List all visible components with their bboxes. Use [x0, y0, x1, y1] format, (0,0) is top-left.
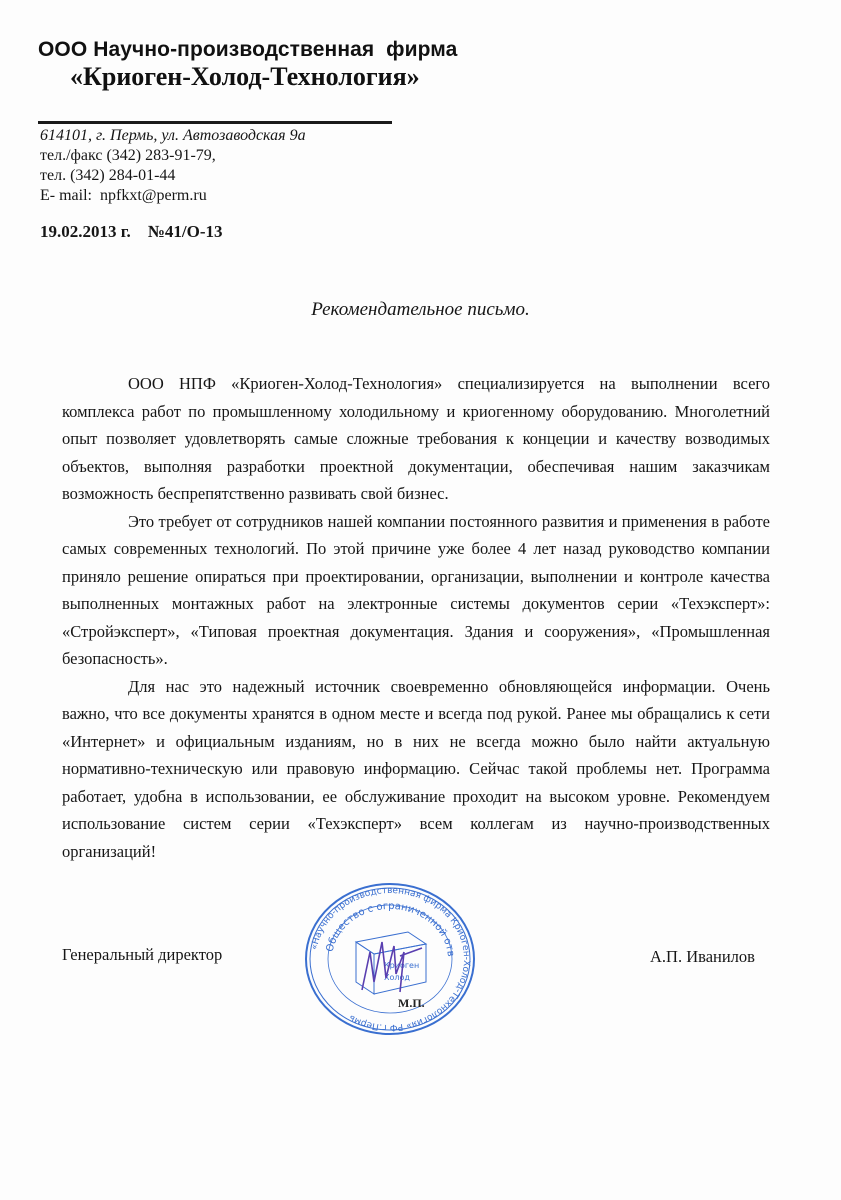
date-and-reference-number: 19.02.2013 г. №41/О-13 — [40, 222, 223, 242]
letter-title: Рекомендательное письмо. — [0, 299, 841, 321]
phone: тел. (342) 284-01-44 — [40, 166, 306, 186]
company-seal-stamp-icon: «Научно-производственная фирма Криоген-Х… — [304, 882, 476, 1036]
stamp-mark-label: М.П. — [398, 996, 425, 1011]
svg-text:Холод: Холод — [384, 973, 410, 982]
company-address: 614101, г. Пермь, ул. Автозаводская 9а — [40, 126, 306, 146]
paragraph: Это требует от сотрудников нашей компани… — [62, 508, 770, 673]
phone-fax: тел./факс (342) 283-91-79, — [40, 146, 306, 166]
email: E- mail: npfkxt@perm.ru — [40, 186, 306, 206]
company-name-line: ООО Научно-производственная фирма — [38, 38, 457, 62]
letterhead-divider — [38, 121, 392, 124]
letter-body: ООО НПФ «Криоген-Холод-Технология» специ… — [62, 370, 770, 865]
signer-name: А.П. Иванилов — [650, 947, 755, 967]
paragraph: Для нас это надежный источник своевремен… — [62, 673, 770, 866]
paragraph: ООО НПФ «Криоген-Холод-Технология» специ… — [62, 370, 770, 508]
company-brand-name: «Криоген-Холод-Технология» — [70, 62, 420, 92]
signer-position: Генеральный директор — [62, 945, 222, 965]
contact-block: 614101, г. Пермь, ул. Автозаводская 9а т… — [40, 126, 306, 206]
